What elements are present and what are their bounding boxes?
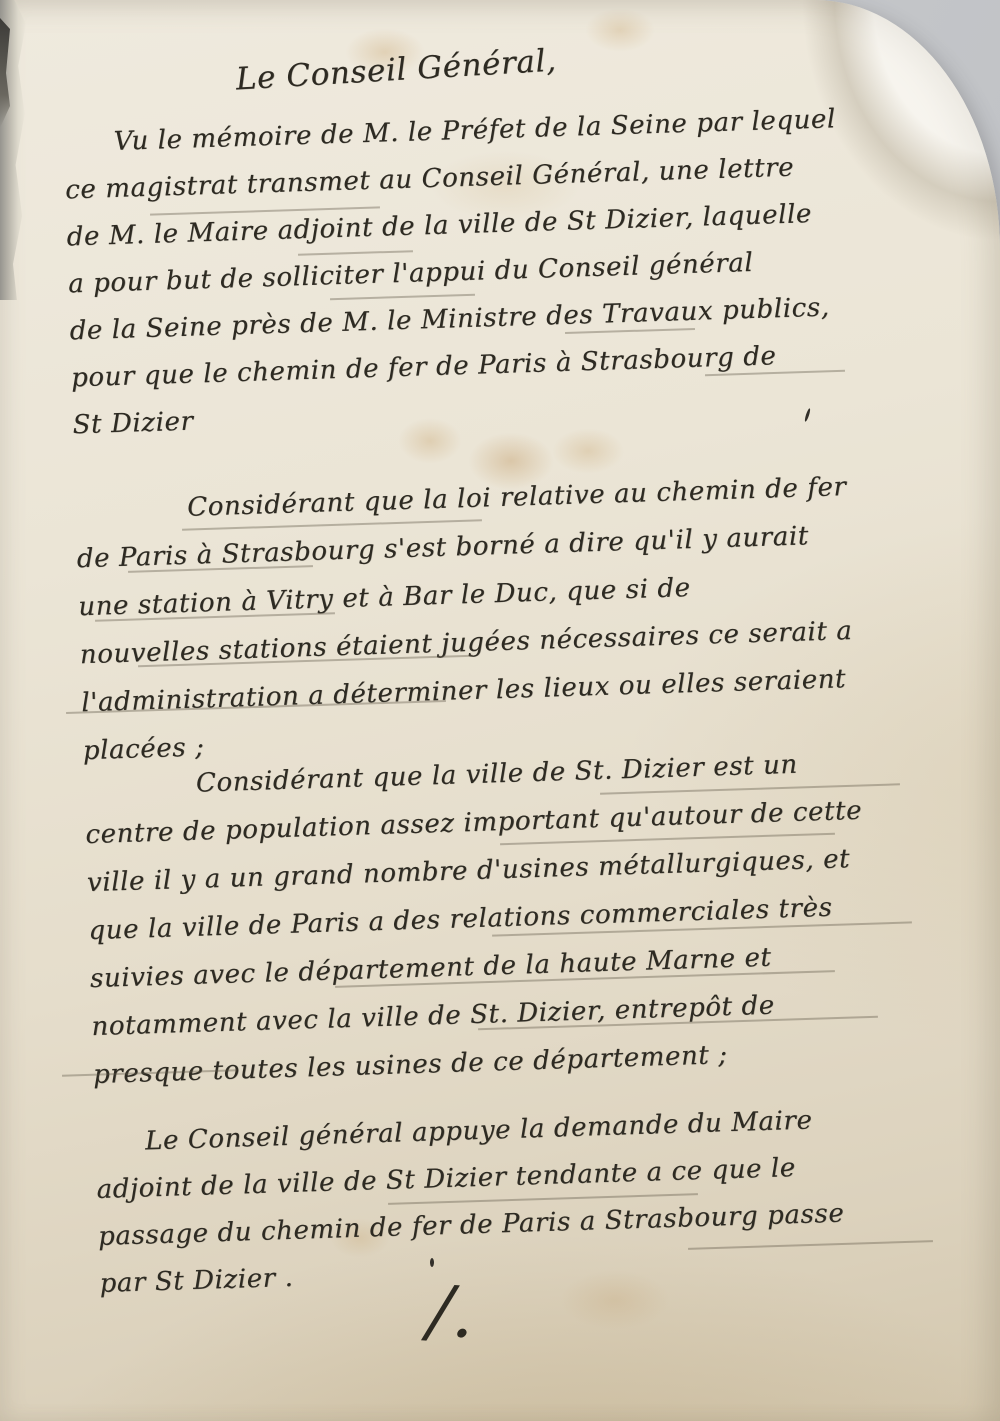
document-title: Le Conseil Général, [235, 43, 558, 98]
manuscript-page: Le Conseil Général, Vu le mémoire de M. … [0, 0, 1000, 1421]
handwritten-text: Le Conseil Général, Vu le mémoire de M. … [0, 0, 1000, 1421]
paragraph-preamble: Vu le mémoire de M. le Préfet de la Sein… [63, 104, 845, 457]
paragraph-considerant-2: Considérant que la ville de St. Dizier e… [84, 748, 871, 1108]
paragraph-considerant-1: Considérant que la loi relative au chemi… [75, 472, 857, 784]
scanned-manuscript: Le Conseil Général, Vu le mémoire de M. … [0, 0, 1000, 1421]
closing-flourish: /. [426, 1269, 478, 1354]
